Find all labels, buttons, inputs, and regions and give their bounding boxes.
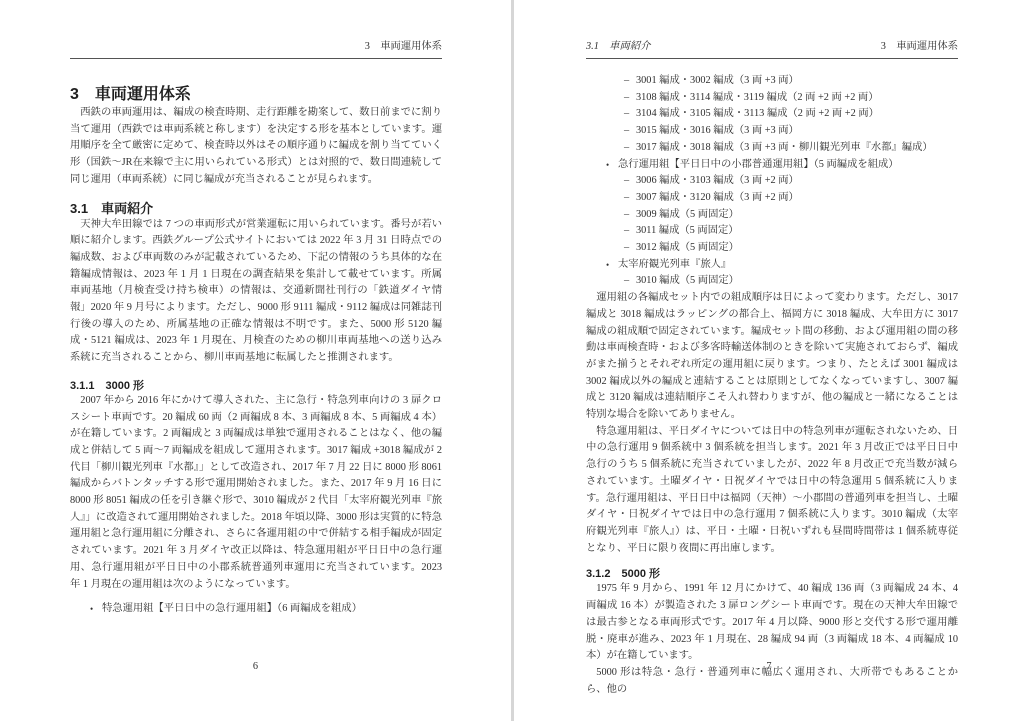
list-item: – 3012 編成（5 両固定） [586,240,958,257]
list-item-text: 3010 編成（5 両固定） [636,275,739,286]
section-intro-paragraph: 天神大牟田線では 7 つの車両形式が営業運転に用いられています。番号が若い順に紹… [70,217,442,367]
list-marker-icon: • [606,257,609,274]
list-marker-icon: – [624,173,629,190]
list-item: – 3001 編成・3002 編成（3 両 +3 両） [586,73,958,90]
list-marker-icon: • [90,601,93,618]
page-right: 3.1 車両紹介 3 車両運用体系 – 3001 編成・3002 編成（3 両 … [514,0,1024,721]
list-marker-icon: – [624,223,629,240]
operation-group-list-left: • 特急運用組【平日日中の急行運用組】（6 両編成を組成） [70,601,442,618]
list-item: – 3010 編成（5 両固定） [586,273,958,290]
list-item-text: 3006 編成・3103 編成（3 両 +2 両） [636,175,799,186]
running-header-section: 3.1 車両紹介 [586,40,650,53]
list-item: – 3017 編成・3018 編成（3 両 +3 両・柳川観光列車『水都』編成） [586,140,958,157]
list-marker-icon: – [624,90,629,107]
page-number-right: 7 [514,661,1024,672]
subsection-heading-3000: 3.1.1 3000 形 [70,379,442,393]
list-item: – 3009 編成（5 両固定） [586,207,958,224]
chapter-heading: 3 車両運用体系 [70,85,442,105]
list-marker-icon: – [624,123,629,140]
list-marker-icon: – [624,190,629,207]
list-item: – 3007 編成・3120 編成（3 両 +2 両） [586,190,958,207]
list-item: – 3104 編成・3105 編成・3113 編成（2 両 +2 両 +2 両） [586,106,958,123]
list-item-text: 3012 編成（5 両固定） [636,242,739,253]
running-header-chapter: 3 車両運用体系 [881,40,958,53]
formation-order-paragraph: 運用組の各編成セット内での組成順序は日によって変わります。ただし、3017 編成… [586,290,958,424]
list-item: – 3011 編成（5 両固定） [586,223,958,240]
list-marker-icon: • [606,157,609,174]
running-header-right-page: 3.1 車両紹介 3 車両運用体系 [586,40,958,59]
page-number-left: 6 [0,661,511,672]
list-marker-icon: – [624,140,629,157]
list-item: – 3006 編成・3103 編成（3 両 +2 両） [586,173,958,190]
page-right-content: 3.1 車両紹介 3 車両運用体系 – 3001 編成・3002 編成（3 両 … [586,40,958,698]
list-item-text: 3104 編成・3105 編成・3113 編成（2 両 +2 両 +2 両） [636,108,879,119]
list-item-text: 3009 編成（5 両固定） [636,209,739,220]
list-marker-icon: – [624,273,629,290]
list-item-text: 3108 編成・3114 編成・3119 編成（2 両 +2 両 +2 両） [636,92,879,103]
operation-group-list-right: – 3001 編成・3002 編成（3 両 +3 両） – 3108 編成・31… [586,73,958,290]
list-item-text: 3001 編成・3002 編成（3 両 +3 両） [636,75,799,86]
list-item-text: 3015 編成・3016 編成（3 両 +3 両） [636,125,799,136]
page-left-content: 3 車両運用体系 3 車両運用体系 西鉄の車両運用は、編成の検査時期、走行距離を… [70,40,442,618]
list-item: • 特急運用組【平日日中の急行運用組】（6 両編成を組成） [70,601,442,618]
list-item-text: 特急運用組【平日日中の急行運用組】（6 両編成を組成） [102,603,362,614]
chapter-intro-paragraph: 西鉄の車両運用は、編成の検査時期、走行距離を勘案して、数日前までに割り当て運用（… [70,105,442,189]
list-marker-icon: – [624,240,629,257]
list-item-text: 太宰府観光列車『旅人』 [618,259,731,270]
list-marker-icon: – [624,73,629,90]
list-item-text: 急行運用組【平日日中の小郡普通運用組】（5 両編成を組成） [618,159,899,170]
subsection-3000-paragraph: 2007 年から 2016 年にかけて導入された、主に急行・特急列車向けの 3 … [70,393,442,593]
document-spread: 3 車両運用体系 3 車両運用体系 西鉄の車両運用は、編成の検査時期、走行距離を… [0,0,1024,721]
subsection-5000-paragraph: 1975 年 9 月から、1991 年 12 月にかけて、40 編成 136 両… [586,581,958,665]
list-item-text: 3017 編成・3018 編成（3 両 +3 両・柳川観光列車『水都』編成） [636,142,933,153]
subsection-heading-5000: 3.1.2 5000 形 [586,567,958,581]
list-item-text: 3011 編成（5 両固定） [636,225,739,236]
list-item-text: 3007 編成・3120 編成（3 両 +2 両） [636,192,799,203]
list-item: – 3015 編成・3016 編成（3 両 +3 両） [586,123,958,140]
list-marker-icon: – [624,106,629,123]
list-item: – 3108 編成・3114 編成・3119 編成（2 両 +2 両 +2 両） [586,90,958,107]
running-header-chapter: 3 車両運用体系 [365,40,442,53]
list-marker-icon: – [624,207,629,224]
page-left: 3 車両運用体系 3 車両運用体系 西鉄の車両運用は、編成の検査時期、走行距離を… [0,0,511,721]
list-item: • 太宰府観光列車『旅人』 [586,257,958,274]
section-heading: 3.1 車両紹介 [70,201,442,217]
express-group-paragraph: 特急運用組は、平日ダイヤについては日中の特急列車が運転されないため、日中の急行運… [586,424,958,558]
running-header-left-page: 3 車両運用体系 [70,40,442,59]
list-item: • 急行運用組【平日日中の小郡普通運用組】（5 両編成を組成） [586,157,958,174]
